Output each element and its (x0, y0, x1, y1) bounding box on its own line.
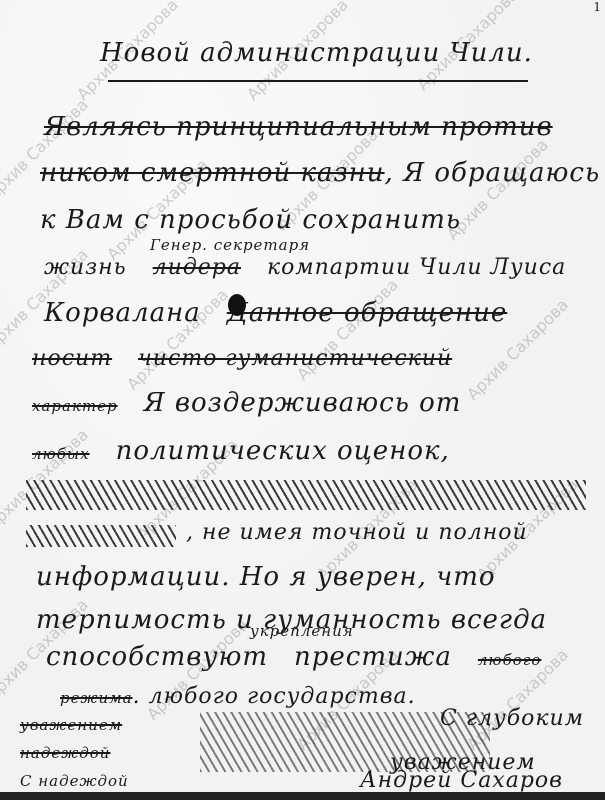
struck-text: лидера (153, 255, 241, 280)
struck-text: чисто гуманистический (138, 346, 452, 371)
struck-text: ником смертной казни (40, 158, 385, 188)
text-line: ником смертной казни, Я обращаюсь (40, 158, 600, 188)
text-line: жизньлидеракомпартии Чили Луиса (44, 255, 566, 280)
text: жизнь (44, 255, 127, 280)
signature: Андрей Сахаров (360, 768, 563, 793)
text-line: , не имея точной и полной (186, 520, 528, 545)
scribbled-out-line (26, 480, 586, 510)
text-line: любыхполитических оценок, (32, 436, 450, 466)
struck-text: Данное обращение (227, 298, 508, 328)
struck-text: надеждой (20, 744, 110, 762)
text: способствуют (46, 642, 268, 672)
struck-text: носит (32, 346, 112, 371)
text-line: характерЯ воздерживаюсь от (32, 388, 461, 418)
text: . любого государства. (133, 684, 416, 709)
struck-text: любого (478, 651, 542, 669)
text: престижа (294, 642, 452, 672)
insertion-text: укрепления (250, 622, 354, 640)
scan-edge (0, 792, 605, 800)
text-line: С глубоким (440, 706, 584, 731)
struck-line: носитчисто гуманистический (32, 346, 452, 371)
document-page: 1 Архив Сахарова Архив Сахарова Архив Са… (0, 0, 605, 800)
text-line: С надеждой (20, 772, 129, 790)
text: Я воздерживаюсь от (144, 388, 462, 418)
scribbled-out-text (26, 525, 176, 547)
text-line: информации. Но я уверен, что (36, 562, 496, 592)
text-line: КорваланаДанное обращение (44, 298, 507, 328)
text: компартии Чили Луиса (267, 255, 566, 280)
title-underline (108, 80, 528, 82)
text-line: режима. любого государства. (60, 684, 416, 709)
ink-blot (228, 294, 246, 316)
text: политических оценок, (116, 436, 450, 466)
text: , Я обращаюсь (385, 158, 601, 188)
insertion-text: Генер. секретаря (150, 236, 310, 254)
text-line: к Вам с просьбой сохранить (40, 205, 461, 235)
text: Корвалана (44, 298, 201, 328)
struck-line: Являясь принципиальным против (44, 112, 553, 142)
page-number: 1 (593, 0, 601, 14)
struck-text: характер (32, 397, 118, 415)
struck-text: режима (60, 689, 133, 707)
struck-text: любых (32, 445, 90, 463)
struck-text: уважением (20, 716, 122, 734)
text-line: способствуютпрестижалюбого (46, 642, 541, 672)
document-title: Новой администрации Чили. (100, 38, 533, 68)
